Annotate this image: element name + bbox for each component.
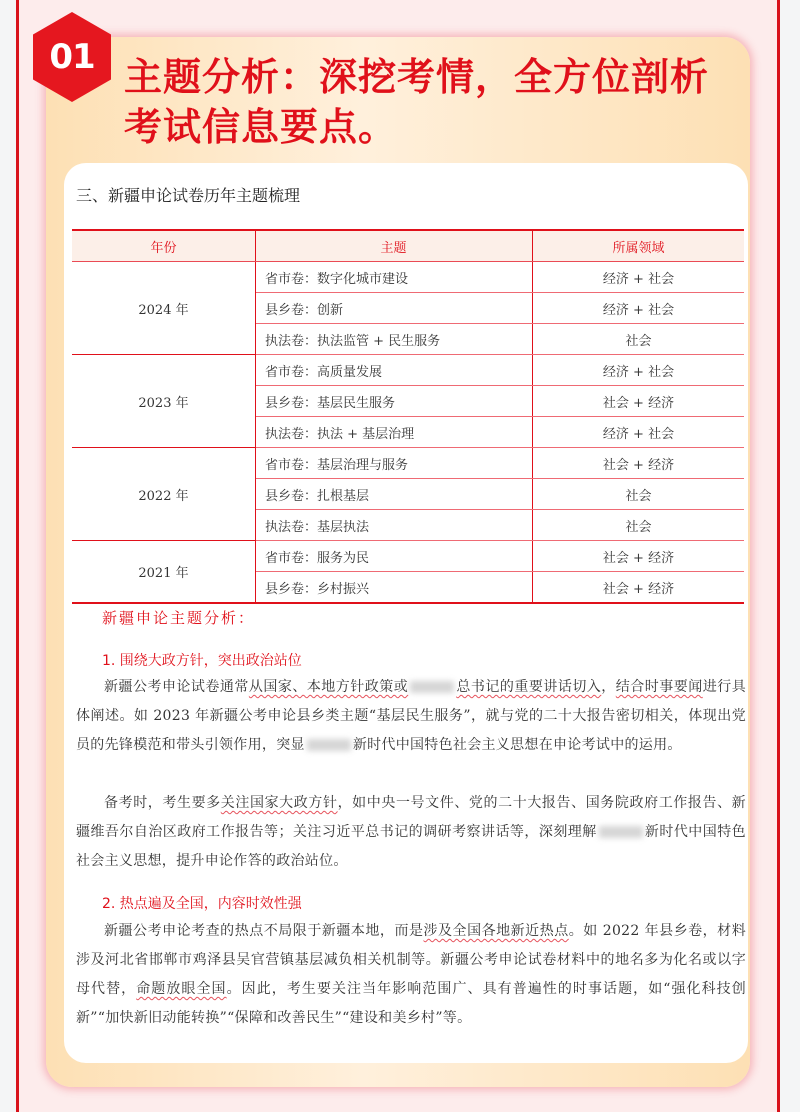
topics-table: 年份 主题 所属领域 2024 年 省市卷：数字化城市建设 经济 + 社会 县乡…	[72, 229, 744, 604]
field-cell: 社会	[533, 324, 745, 355]
field-cell: 社会 + 经济	[533, 541, 745, 572]
redacted-name	[410, 681, 454, 693]
emphasis-text: 总书记的重要讲话切入	[456, 679, 601, 695]
topic-cell: 省市卷：数字化城市建设	[256, 262, 533, 293]
header-field: 所属领域	[533, 230, 745, 262]
field-cell: 社会 + 经济	[533, 448, 745, 479]
year-cell: 2022 年	[72, 448, 256, 541]
text-span: 新疆公考申论考查的热点不局限于新疆本地，而是	[104, 923, 424, 939]
table-row: 2024 年 省市卷：数字化城市建设 经济 + 社会	[72, 262, 744, 293]
topic-cell: 省市卷：高质量发展	[256, 355, 533, 386]
table-row: 2023 年 省市卷：高质量发展 经济 + 社会	[72, 355, 744, 386]
table-row: 2022 年 省市卷：基层治理与服务 社会 + 经济	[72, 448, 744, 479]
year-cell: 2024 年	[72, 262, 256, 355]
topic-cell: 省市卷：服务为民	[256, 541, 533, 572]
field-cell: 社会	[533, 510, 745, 541]
topic-cell: 省市卷：基层治理与服务	[256, 448, 533, 479]
point-1-paragraph-1: 新疆公考申论试卷通常从国家、本地方针政策或总书记的重要讲话切入，结合时事要闻进行…	[76, 673, 746, 760]
field-cell: 经济 + 社会	[533, 417, 745, 448]
content-card: 三、新疆申论试卷历年主题梳理 年份 主题 所属领域 2024 年 省市卷：数字化…	[46, 37, 750, 1087]
point-2-title: 2. 热点遍及全国，内容时效性强	[102, 893, 302, 913]
emphasis-text: 命题放眼全国	[136, 981, 226, 997]
field-cell: 社会	[533, 479, 745, 510]
year-cell: 2021 年	[72, 541, 256, 604]
topic-cell: 执法卷：基层执法	[256, 510, 533, 541]
text-span: 新时代中国特色社会主义思想在申论考试中的运用。	[353, 737, 682, 753]
field-cell: 社会 + 经济	[533, 572, 745, 604]
emphasis-text: 从国家、本地方针政策或	[249, 679, 408, 695]
topic-cell: 县乡卷：基层民生服务	[256, 386, 533, 417]
emphasis-text: 涉及全国各地新近热点	[424, 923, 569, 939]
topic-cell: 县乡卷：扎根基层	[256, 479, 533, 510]
text-span: 新疆公考申论试卷通常	[104, 679, 249, 695]
point-1-title: 1. 围绕大政方针，突出政治站位	[102, 650, 302, 670]
emphasis-text: 结合时事要闻	[616, 679, 703, 695]
field-cell: 经济 + 社会	[533, 262, 745, 293]
redacted-name	[599, 826, 643, 838]
topic-cell: 县乡卷：创新	[256, 293, 533, 324]
table-header-row: 年份 主题 所属领域	[72, 230, 744, 262]
text-span: ，	[601, 679, 616, 695]
point-2-paragraph-1: 新疆公考申论考查的热点不局限于新疆本地，而是涉及全国各地新近热点。如 2022 …	[76, 917, 746, 1033]
headline-line-2: 考试信息要点。	[124, 102, 764, 152]
topic-cell: 执法卷：执法监管 + 民生服务	[256, 324, 533, 355]
year-cell: 2023 年	[72, 355, 256, 448]
analysis-title: 新疆申论主题分析：	[102, 607, 255, 628]
text-span: 备考时，考生要多	[104, 795, 221, 811]
table-row: 2021 年 省市卷：服务为民 社会 + 经济	[72, 541, 744, 572]
header-topic: 主题	[256, 230, 533, 262]
point-1-paragraph-2: 备考时，考生要多关注国家大政方针，如中央一号文件、党的二十大报告、国务院政府工作…	[76, 789, 746, 876]
field-cell: 经济 + 社会	[533, 355, 745, 386]
headline-line-1: 主题分析：深挖考情，全方位剖析	[124, 52, 764, 102]
header-year: 年份	[72, 230, 256, 262]
topic-cell: 县乡卷：乡村振兴	[256, 572, 533, 604]
topic-cell: 执法卷：执法 + 基层治理	[256, 417, 533, 448]
field-cell: 经济 + 社会	[533, 293, 745, 324]
content-panel: 三、新疆申论试卷历年主题梳理 年份 主题 所属领域 2024 年 省市卷：数字化…	[64, 163, 748, 1063]
section-title: 三、新疆申论试卷历年主题梳理	[76, 183, 300, 206]
emphasis-text: 关注国家大政方针	[221, 795, 338, 811]
redacted-name	[307, 739, 351, 751]
field-cell: 社会 + 经济	[533, 386, 745, 417]
page-headline: 主题分析：深挖考情，全方位剖析 考试信息要点。	[124, 52, 764, 152]
